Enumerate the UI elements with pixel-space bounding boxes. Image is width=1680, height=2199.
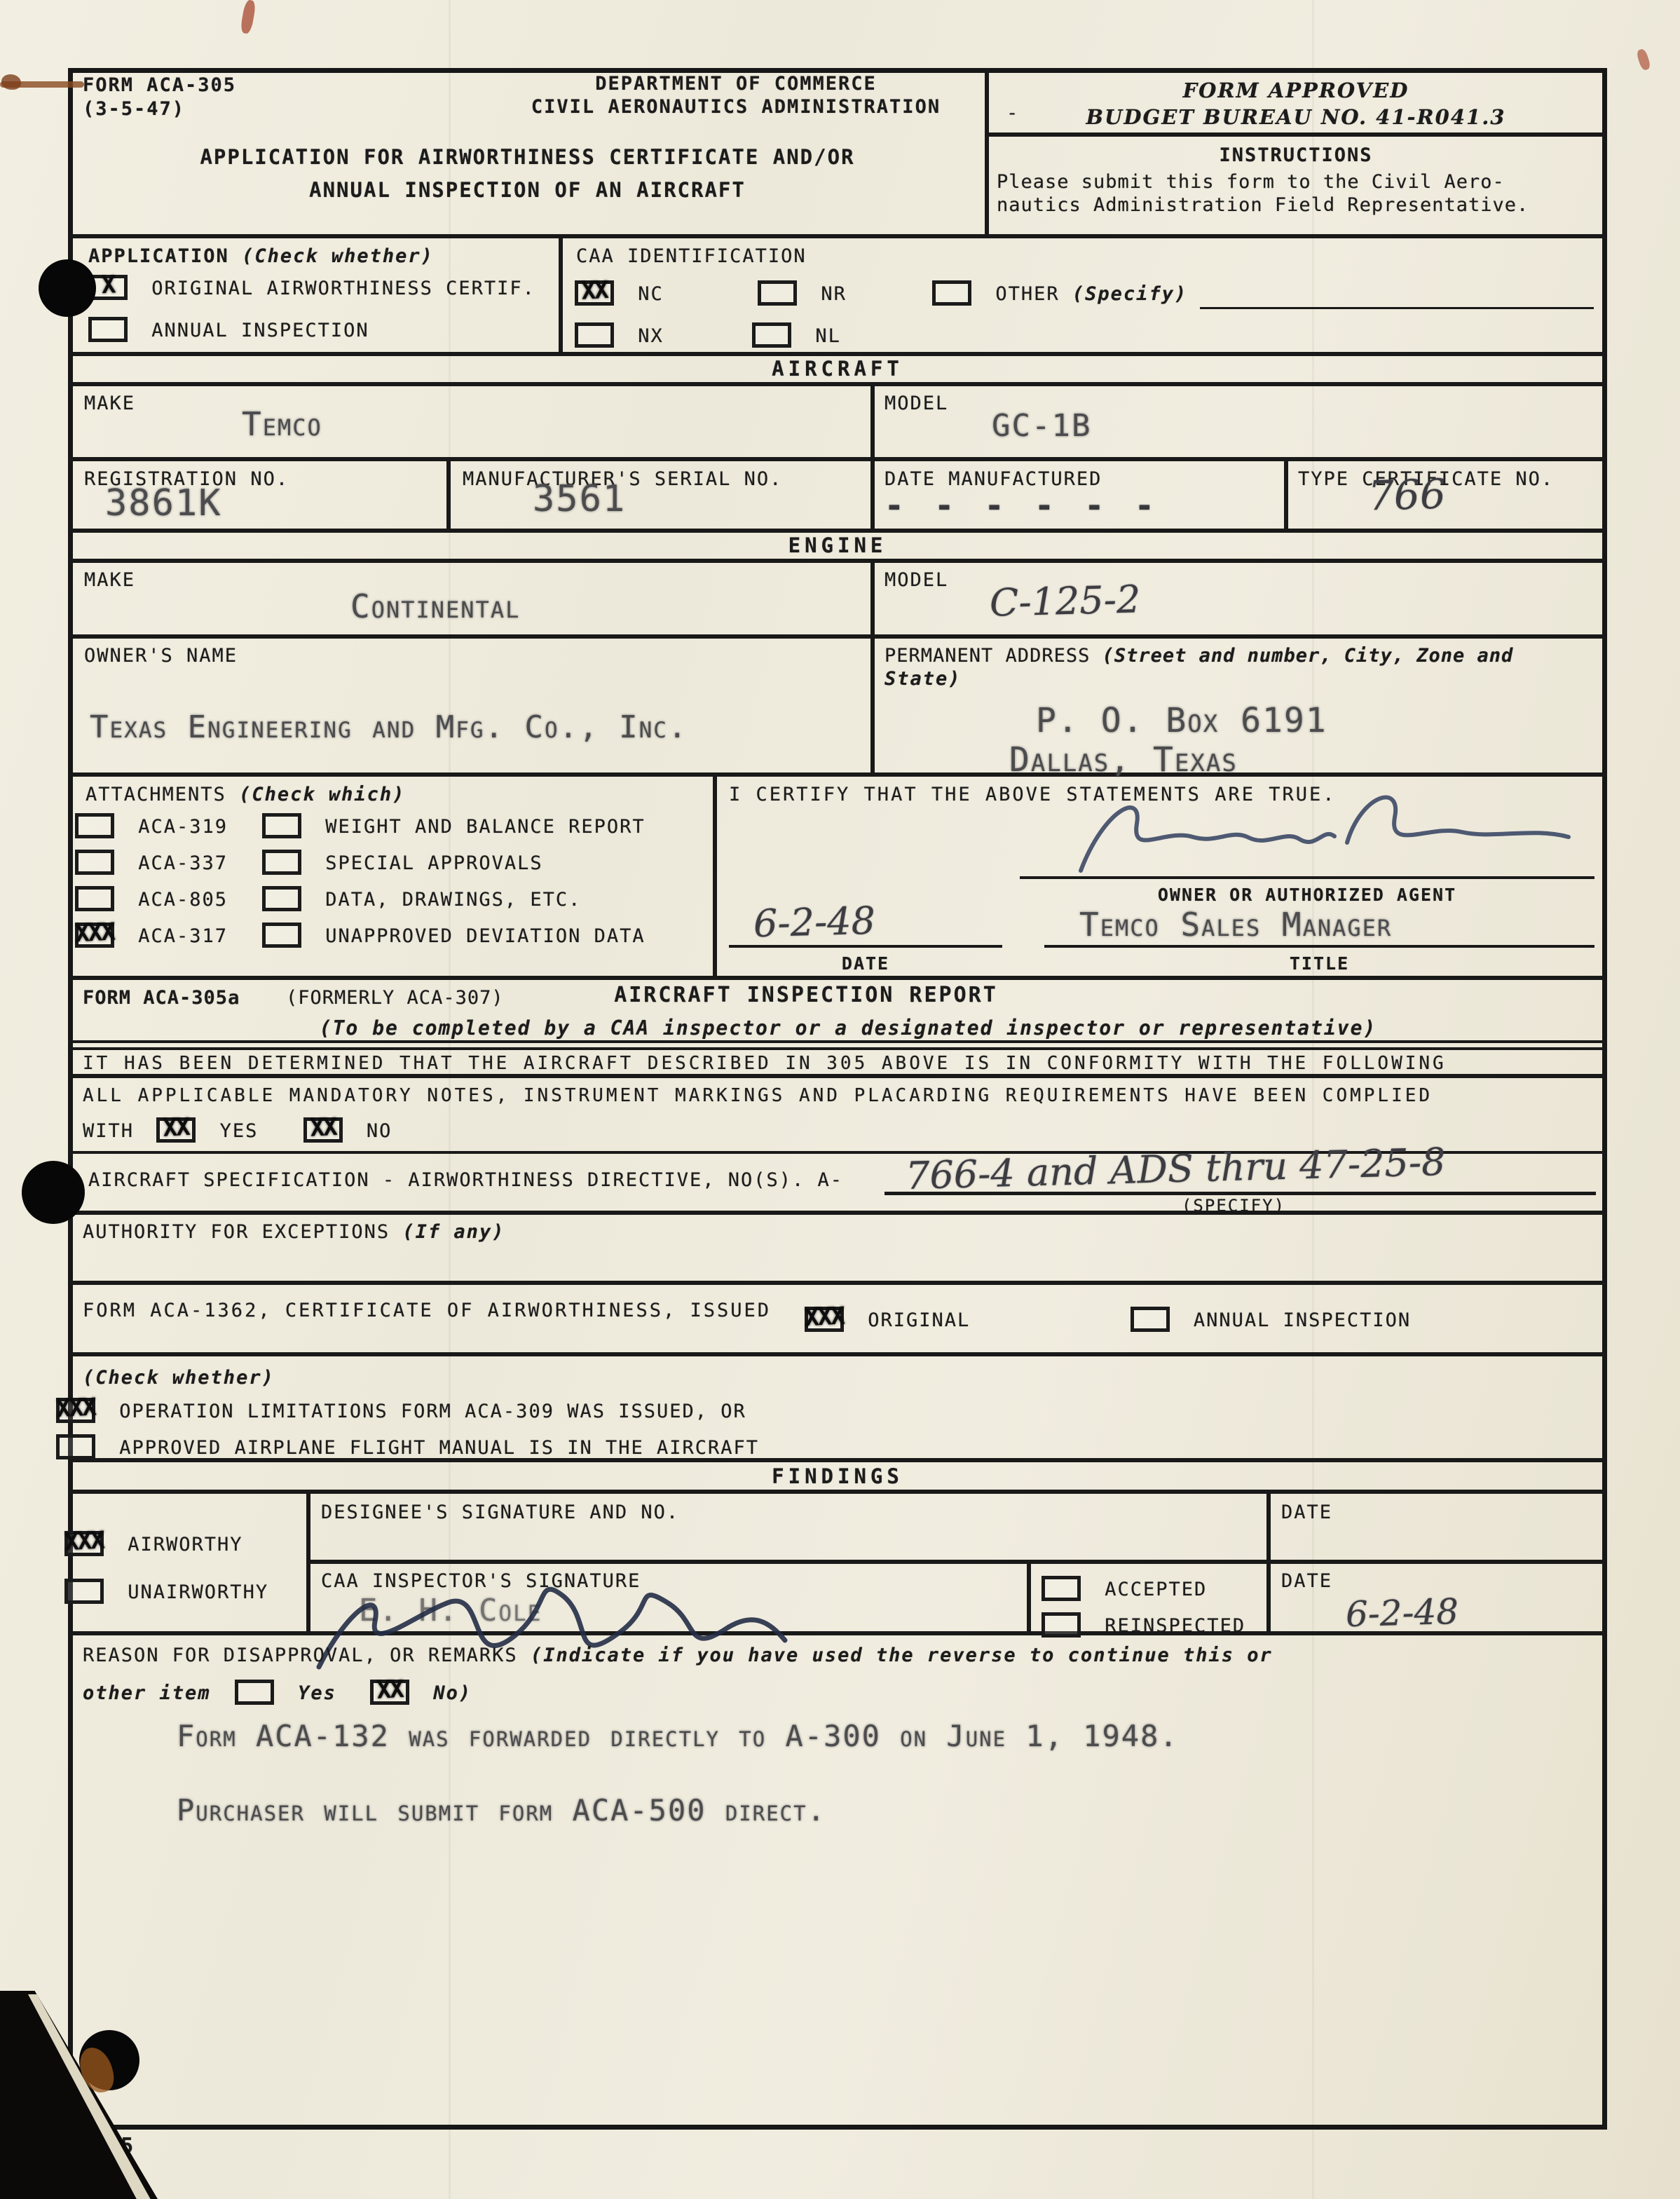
operation-limitations-label: OPERATION LIMITATIONS FORM ACA-309 WAS I…	[119, 1401, 746, 1422]
application-option-annual: ANNUAL INSPECTION	[88, 317, 369, 342]
aca-319-checkbox[interactable]	[75, 813, 114, 838]
attachment-item: DATA, DRAWINGS, ETC.	[262, 886, 581, 911]
option-label: ORIGINAL AIRWORTHINESS CERTIF.	[151, 278, 535, 299]
serial-value: 3561	[533, 478, 626, 520]
certify-date-caption: DATE	[729, 953, 1002, 974]
operation-limitations-row: XXX OPERATION LIMITATIONS FORM ACA-309 W…	[56, 1398, 746, 1423]
rule	[70, 1352, 1605, 1356]
check-mark: XX	[163, 1113, 190, 1143]
other-specify-hint: (Specify)	[1072, 283, 1187, 305]
remarks-yes-no-row: other item Yes XX No)	[83, 1680, 472, 1705]
form-title-line2: ANNUAL INSPECTION OF AN AIRCRAFT	[70, 178, 985, 202]
remarks-line2: Purchaser will submit form ACA-500 direc…	[177, 1793, 826, 1827]
department-name: DEPARTMENT OF COMMERCE	[421, 73, 1051, 95]
reverse-yes-checkbox[interactable]	[235, 1680, 274, 1705]
scanned-form-page: FORM ACA-305 (3-5-47) DEPARTMENT OF COMM…	[0, 0, 1680, 2199]
rule	[70, 1047, 1605, 1050]
aircraft-make-label: MAKE	[84, 393, 135, 414]
rule	[70, 382, 1605, 386]
remarks-no-label: No)	[433, 1682, 472, 1704]
authority-hint: (If any)	[402, 1221, 505, 1243]
check-mark: XX	[309, 1113, 336, 1143]
nx-checkbox[interactable]	[575, 322, 614, 348]
rule	[1284, 459, 1288, 531]
complied-no-checkbox[interactable]: XX	[303, 1117, 343, 1143]
certify-title-caption: TITLE	[1044, 953, 1594, 974]
address-hint2: State)	[885, 668, 962, 690]
rule	[870, 459, 875, 531]
rule	[70, 1281, 1605, 1285]
rule	[559, 236, 563, 354]
instructions-line1: Please submit this form to the Civil Aer…	[997, 171, 1505, 193]
aircraft-model-label: MODEL	[885, 393, 948, 414]
aircraft-make-value: Temco	[242, 405, 322, 443]
airworthy-checkbox[interactable]: XXX	[64, 1531, 104, 1556]
application-label: APPLICATION	[88, 245, 229, 267]
form-number: FORM ACA-305	[83, 74, 236, 96]
engine-section-bar: ENGINE	[70, 533, 1605, 557]
check-mark: X	[101, 271, 116, 299]
attachment-label: SPECIAL APPROVALS	[325, 852, 542, 874]
check-mark: XX	[581, 276, 608, 306]
attachments-title: ATTACHMENTS (Check which)	[86, 784, 405, 805]
address-line2: Dallas, Texas	[1009, 740, 1238, 779]
aca1362-label: FORM ACA-1362, CERTIFICATE OF AIRWORTHIN…	[83, 1300, 771, 1321]
report-title: AIRCRAFT INSPECTION REPORT	[491, 983, 1121, 1007]
application-hint: (Check whether)	[242, 245, 434, 267]
authority-label: AUTHORITY FOR EXCEPTIONS	[83, 1221, 390, 1243]
application-section-title: APPLICATION (Check whether)	[88, 245, 434, 267]
check-mark: XXX	[804, 1302, 844, 1332]
reinspected-checkbox[interactable]	[1042, 1612, 1081, 1638]
permanent-address-labelline: PERMANENT ADDRESS (Street and number, Ci…	[885, 645, 1513, 667]
report-form-number: FORM ACA-305a	[83, 987, 240, 1009]
administration-name: CIVIL AERONAUTICS ADMINISTRATION	[421, 96, 1051, 118]
certify-title-line[interactable]	[1044, 945, 1594, 948]
aca-805-checkbox[interactable]	[75, 886, 114, 911]
caa-id-row2: NX NL	[575, 322, 841, 348]
reinspected-label: REINSPECTED	[1105, 1615, 1245, 1637]
attachment-item: ACA-805	[75, 886, 228, 911]
aircraft-spec-line[interactable]	[885, 1192, 1596, 1195]
report-formerly: (FORMERLY ACA-307)	[286, 987, 504, 1009]
accepted-label: ACCEPTED	[1105, 1579, 1207, 1600]
rule	[70, 1040, 1605, 1043]
rule	[70, 234, 1605, 238]
other-label: OTHER	[995, 283, 1059, 305]
rule	[70, 634, 1605, 639]
unairworthy-row: UNAIRWORTHY	[64, 1579, 268, 1604]
nr-label: NR	[821, 283, 847, 305]
rule	[1027, 1560, 1031, 1633]
address-label: PERMANENT ADDRESS	[885, 645, 1090, 667]
with-label: WITH	[83, 1120, 134, 1142]
nx-label: NX	[638, 325, 664, 347]
annual-label: ANNUAL INSPECTION	[1194, 1309, 1411, 1331]
rule	[870, 384, 875, 459]
attachment-item: XXX ACA-317	[75, 923, 228, 948]
rule	[70, 976, 1605, 980]
attachments-label: ATTACHMENTS	[86, 784, 226, 805]
unairworthy-checkbox[interactable]	[64, 1579, 104, 1604]
attachment-label: ACA-337	[138, 852, 228, 874]
flight-manual-label: APPROVED AIRPLANE FLIGHT MANUAL IS IN TH…	[119, 1437, 759, 1459]
flight-manual-row: APPROVED AIRPLANE FLIGHT MANUAL IS IN TH…	[56, 1434, 759, 1459]
issued-annual-checkbox[interactable]	[1131, 1307, 1170, 1332]
original-label: ORIGINAL	[868, 1309, 970, 1331]
other-checkbox[interactable]	[932, 280, 971, 306]
inspector-date-label: DATE	[1281, 1570, 1332, 1592]
nc-label: NC	[638, 283, 664, 305]
operation-limitations-checkbox[interactable]: XXX	[56, 1398, 95, 1423]
aca-317-checkbox[interactable]: XXX	[75, 923, 114, 948]
rule	[1266, 1492, 1271, 1633]
attachment-item: UNAPPROVED DEVIATION DATA	[262, 923, 646, 948]
data-drawings-checkbox[interactable]	[262, 886, 301, 911]
airworthy-row: XXX AIRWORTHY	[64, 1531, 243, 1556]
special-approvals-checkbox[interactable]	[262, 850, 301, 875]
rule	[70, 352, 1605, 356]
certify-date-line[interactable]	[729, 945, 1002, 948]
attachment-label: UNAPPROVED DEVIATION DATA	[325, 925, 645, 947]
authority-row: AUTHORITY FOR EXCEPTIONS (If any)	[83, 1221, 505, 1243]
annual-inspection-checkbox[interactable]	[88, 317, 128, 342]
attachment-label: WEIGHT AND BALANCE REPORT	[325, 816, 645, 838]
flight-manual-checkbox[interactable]	[56, 1434, 95, 1459]
check-whether-hint: (Check whether)	[83, 1367, 275, 1389]
findings-section-bar: FINDINGS	[70, 1464, 1605, 1488]
check-mark: XX	[376, 1675, 404, 1705]
complied-yes-no-row: WITH XX YES XX NO	[83, 1117, 392, 1143]
certify-date-value: 6-2-48	[753, 899, 876, 946]
remarks-hint1: (Indicate if you have used the reverse t…	[531, 1645, 1273, 1666]
nc-checkbox[interactable]: XX	[575, 280, 614, 306]
accepted-row: ACCEPTED	[1042, 1576, 1207, 1601]
punch-hole	[22, 1161, 85, 1224]
punch-hole	[39, 259, 96, 317]
attachment-label: ACA-317	[138, 925, 228, 947]
rule	[713, 775, 717, 978]
rule	[70, 1074, 1605, 1078]
reverse-no-checkbox[interactable]: XX	[370, 1680, 409, 1705]
check-mark: XXX	[74, 918, 114, 948]
instructions-title: INSTRUCTIONS	[987, 144, 1605, 166]
ink-stain	[1, 74, 21, 90]
report-subtitle: (To be completed by a CAA inspector or a…	[168, 1016, 1528, 1040]
instructions-line2: nautics Administration Field Representat…	[997, 194, 1529, 216]
issued-original-checkbox[interactable]: XXX	[805, 1307, 844, 1332]
designee-date-label: DATE	[1281, 1502, 1332, 1523]
owner-signature-caption: OWNER OR AUTHORIZED AGENT	[1020, 885, 1594, 905]
aircraft-section-bar: AIRCRAFT	[70, 357, 1605, 381]
engine-model-value: C-125-2	[989, 577, 1141, 625]
check-mark: XXX	[55, 1393, 95, 1423]
yes-label: YES	[220, 1120, 259, 1142]
ink-stain	[240, 0, 257, 34]
caa-id-row1: XX NC NR OTHER (Specify)	[575, 280, 1187, 306]
complied-yes-checkbox[interactable]: XX	[156, 1117, 196, 1143]
certify-title-value: Temco Sales Manager	[1079, 906, 1392, 944]
form-revision: (3-5-47)	[83, 98, 185, 120]
rule	[70, 457, 1605, 461]
designee-signature-label: DESIGNEE'S SIGNATURE AND NO.	[321, 1502, 679, 1523]
remarks-label-row: REASON FOR DISAPPROVAL, OR REMARKS (Indi…	[83, 1645, 1273, 1666]
attachment-item: WEIGHT AND BALANCE REPORT	[262, 813, 646, 838]
attachment-item: SPECIAL APPROVALS	[262, 850, 543, 875]
specify-caption: (SPECIFY)	[1086, 1196, 1381, 1216]
unairworthy-label: UNAIRWORTHY	[128, 1581, 268, 1603]
option-label: ANNUAL INSPECTION	[151, 320, 369, 341]
remarks-label: REASON FOR DISAPPROVAL, OR REMARKS	[83, 1645, 518, 1666]
owner-signature-line[interactable]	[1020, 876, 1594, 879]
nr-checkbox[interactable]	[758, 280, 797, 306]
date-manufactured-value: - - - - - -	[885, 486, 1160, 524]
registration-value: 3861K	[105, 482, 222, 524]
owner-name-value: Texas Engineering and Mfg. Co., Inc.	[90, 709, 688, 745]
form-title-line1: APPLICATION FOR AIRWORTHINESS CERTIFICAT…	[70, 145, 985, 169]
rule	[870, 561, 875, 636]
airworthy-label: AIRWORTHY	[128, 1534, 243, 1555]
rule	[70, 772, 1605, 777]
owner-name-label: OWNER'S NAME	[84, 645, 238, 667]
type-certificate-value: 766	[1367, 470, 1446, 520]
application-option-original: X ORIGINAL AIRWORTHINESS CERTIF.	[88, 275, 535, 300]
rule	[70, 529, 1605, 533]
inspector-signature[interactable]	[301, 1555, 806, 1695]
reinspected-row: REINSPECTED	[1042, 1612, 1245, 1638]
owner-signature[interactable]	[1072, 785, 1577, 883]
remarks-yes-label: Yes	[298, 1682, 336, 1704]
remarks-hint2: other item	[83, 1682, 211, 1704]
nl-label: NL	[815, 325, 841, 347]
inspector-date-value: 6-2-48	[1345, 1591, 1459, 1635]
aca-337-checkbox[interactable]	[75, 850, 114, 875]
attachments-hint: (Check which)	[239, 784, 405, 805]
rule	[446, 459, 451, 531]
complied-statement: ALL APPLICABLE MANDATORY NOTES, INSTRUME…	[83, 1085, 1433, 1106]
stray-pen-mark: -	[1006, 102, 1019, 124]
ink-stain	[1636, 48, 1652, 72]
check-mark: XXX	[64, 1526, 104, 1556]
engine-make-value: Continental	[350, 587, 520, 625]
aircraft-spec-label: AIRCRAFT SPECIFICATION - AIRWORTHINESS D…	[88, 1169, 843, 1191]
rule	[70, 559, 1605, 563]
aca1362-options: XXX ORIGINAL ANNUAL INSPECTION	[805, 1307, 1411, 1332]
attachment-label: ACA-805	[138, 889, 228, 911]
other-specify-line[interactable]	[1200, 307, 1594, 309]
rule	[70, 1490, 1605, 1494]
engine-model-label: MODEL	[885, 569, 948, 591]
aircraft-model-value: GC-1B	[992, 408, 1091, 444]
rule	[870, 636, 875, 775]
engine-make-label: MAKE	[84, 569, 135, 591]
attachment-label: ACA-319	[138, 816, 228, 838]
form-approved-label: FORM APPROVED	[987, 79, 1605, 102]
budget-bureau-number: BUDGET BUREAU NO. 41-R041.3	[987, 105, 1605, 129]
address-hint1: (Street and number, City, Zone and	[1102, 645, 1514, 667]
address-line1: P. O. Box 6191	[1036, 701, 1327, 740]
rule	[987, 132, 1605, 137]
attachment-item: ACA-337	[75, 850, 228, 875]
nl-checkbox[interactable]	[752, 322, 791, 348]
attachment-item: ACA-319	[75, 813, 228, 838]
weight-balance-checkbox[interactable]	[262, 813, 301, 838]
attachment-label: DATA, DRAWINGS, ETC.	[325, 889, 581, 911]
remarks-line1: Form ACA-132 was forwarded directly to A…	[177, 1719, 1179, 1753]
determined-statement: IT HAS BEEN DETERMINED THAT THE AIRCRAFT…	[83, 1053, 1447, 1074]
no-label: NO	[367, 1120, 392, 1142]
unapproved-deviation-checkbox[interactable]	[262, 923, 301, 948]
accepted-checkbox[interactable]	[1042, 1576, 1081, 1601]
caa-identification-title: CAA IDENTIFICATION	[576, 245, 807, 267]
